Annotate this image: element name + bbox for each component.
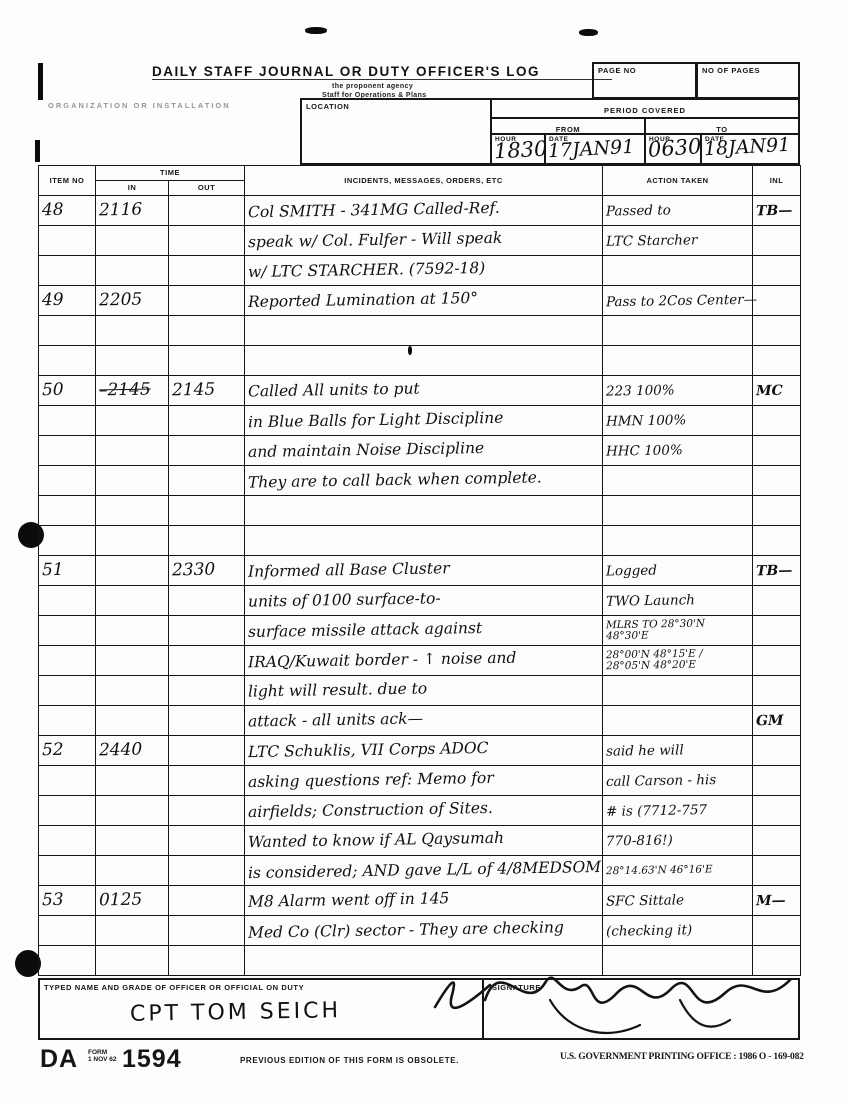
log-row: and maintain Noise DisciplineHHC 100% bbox=[39, 436, 801, 466]
item-no-cell-text: 52 bbox=[42, 741, 64, 758]
organization-label: ORGANIZATION OR INSTALLATION bbox=[48, 101, 298, 110]
time-in-cell bbox=[96, 256, 169, 286]
action-cell-text: HMN 100% bbox=[606, 414, 687, 429]
initials-cell: TB— bbox=[753, 196, 801, 226]
time-out-cell bbox=[169, 286, 245, 316]
scanned-da-form-1594: DAILY STAFF JOURNAL OR DUTY OFFICER'S LO… bbox=[0, 0, 850, 1105]
initials-cell bbox=[753, 256, 801, 286]
initials-cell bbox=[753, 676, 801, 706]
item-no-cell-text: 48 bbox=[42, 201, 64, 218]
time-out-cell bbox=[169, 316, 245, 346]
time-in-cell bbox=[96, 616, 169, 646]
from-hour-value: 1830 bbox=[493, 139, 547, 163]
time-out-cell bbox=[169, 946, 245, 976]
log-row: 512330Informed all Base ClusterLoggedTB— bbox=[39, 556, 801, 586]
time-out-cell bbox=[169, 586, 245, 616]
log-table: ITEM NO TIME INCIDENTS, MESSAGES, ORDERS… bbox=[38, 165, 801, 976]
item-no-cell bbox=[39, 526, 96, 556]
incident-cell-text: Reported Lumination at 150° bbox=[248, 290, 478, 310]
header-action-taken: ACTION TAKEN bbox=[603, 166, 753, 196]
time-out-cell bbox=[169, 886, 245, 916]
action-cell-text: 28°00'N 48°15'E / 28°05'N 48°20'E bbox=[606, 648, 749, 673]
action-cell bbox=[603, 496, 753, 526]
log-row bbox=[39, 526, 801, 556]
incident-cell: Informed all Base Cluster bbox=[245, 556, 603, 586]
action-cell: 223 100% bbox=[603, 376, 753, 406]
typed-name-label: TYPED NAME AND GRADE OF OFFICER OR OFFIC… bbox=[44, 983, 304, 992]
item-no-cell-text: 50 bbox=[42, 381, 64, 398]
action-cell: SFC Sittale bbox=[603, 886, 753, 916]
header-time: TIME bbox=[96, 166, 245, 181]
time-in-cell bbox=[96, 226, 169, 256]
initials-cell bbox=[753, 616, 801, 646]
time-in-cell: 0125 bbox=[96, 886, 169, 916]
incident-cell: and maintain Noise Discipline bbox=[245, 436, 603, 466]
incident-cell-text: asking questions ref: Memo for bbox=[248, 770, 494, 790]
log-row: IRAQ/Kuwait border - ↑ noise and28°00'N … bbox=[39, 646, 801, 676]
incident-cell-text: units of 0100 surface-to- bbox=[248, 591, 441, 610]
incident-cell bbox=[245, 526, 603, 556]
incident-cell: w/ LTC STARCHER. (7592-18) bbox=[245, 256, 603, 286]
form-word: FORM 1 NOV 62 bbox=[88, 1049, 117, 1063]
time-in-cell-text: 2440 bbox=[99, 741, 143, 759]
incident-cell: asking questions ref: Memo for bbox=[245, 766, 603, 796]
log-row: speak w/ Col. Fulfer - Will speakLTC Sta… bbox=[39, 226, 801, 256]
time-in-cell bbox=[96, 676, 169, 706]
log-row: surface missile attack againstMLRS TO 28… bbox=[39, 616, 801, 646]
action-cell: 770-816!) bbox=[603, 826, 753, 856]
item-no-cell bbox=[39, 766, 96, 796]
action-cell: (checking it) bbox=[603, 916, 753, 946]
item-no-cell: 53 bbox=[39, 886, 96, 916]
time-in-cell bbox=[96, 706, 169, 736]
item-no-cell bbox=[39, 496, 96, 526]
incident-cell: airfields; Construction of Sites. bbox=[245, 796, 603, 826]
form-word-text: FORM bbox=[88, 1049, 107, 1056]
action-cell bbox=[603, 706, 753, 736]
action-cell bbox=[603, 466, 753, 496]
incident-cell: Reported Lumination at 150° bbox=[245, 286, 603, 316]
action-cell-text: Pass to 2Cos Center— bbox=[606, 293, 757, 309]
incident-cell bbox=[245, 346, 603, 376]
time-out-cell bbox=[169, 826, 245, 856]
header-item-no: ITEM NO bbox=[39, 166, 96, 196]
log-row: Med Co (Clr) sector - They are checking(… bbox=[39, 916, 801, 946]
item-no-cell bbox=[39, 436, 96, 466]
log-row: is considered; AND gave L/L of 4/8MEDSOM… bbox=[39, 856, 801, 886]
item-no-cell bbox=[39, 826, 96, 856]
action-cell-text: SFC Sittale bbox=[606, 894, 684, 909]
item-no-cell bbox=[39, 616, 96, 646]
log-row: 482116Col SMITH - 341MG Called-Ref.Passe… bbox=[39, 196, 801, 226]
period-covered-label: PERIOD COVERED bbox=[604, 106, 686, 115]
incident-cell-text: They are to call back when complete. bbox=[248, 470, 542, 491]
item-no-cell bbox=[39, 406, 96, 436]
action-cell bbox=[603, 526, 753, 556]
log-row: in Blue Balls for Light DisciplineHMN 10… bbox=[39, 406, 801, 436]
action-cell bbox=[603, 676, 753, 706]
typed-name-value: CPT TOM SEICH bbox=[130, 1000, 341, 1026]
action-cell bbox=[603, 316, 753, 346]
incident-cell bbox=[245, 496, 603, 526]
time-out-cell bbox=[169, 766, 245, 796]
initials-cell: TB— bbox=[753, 556, 801, 586]
action-cell-text: # is (7712-757 bbox=[606, 804, 707, 819]
action-cell: 28°14.63'N 46°16'E bbox=[603, 856, 753, 886]
obsolete-note: PREVIOUS EDITION OF THIS FORM IS OBSOLET… bbox=[240, 1056, 459, 1065]
action-cell-text: Logged bbox=[606, 564, 657, 578]
time-in-cell-text: 0125 bbox=[99, 891, 143, 909]
action-cell: call Carson - his bbox=[603, 766, 753, 796]
log-row: 522440LTC Schuklis, VII Corps ADOCsaid h… bbox=[39, 736, 801, 766]
initials-cell bbox=[753, 646, 801, 676]
item-no-cell bbox=[39, 256, 96, 286]
time-in-cell bbox=[96, 496, 169, 526]
incident-cell-text: M8 Alarm went off in 145 bbox=[248, 891, 450, 910]
time-out-cell bbox=[169, 706, 245, 736]
incident-cell: They are to call back when complete. bbox=[245, 466, 603, 496]
initials-cell bbox=[753, 766, 801, 796]
item-no-cell bbox=[39, 706, 96, 736]
action-cell-text: TWO Launch bbox=[606, 594, 695, 609]
initials-cell-text: M— bbox=[756, 893, 786, 908]
time-out-cell bbox=[169, 436, 245, 466]
action-cell-text: said he will bbox=[606, 744, 684, 759]
time-in-cell bbox=[96, 556, 169, 586]
page-no-label: PAGE NO bbox=[598, 66, 636, 75]
log-row: Wanted to know if AL Qaysumah770-816!) bbox=[39, 826, 801, 856]
action-cell-text: 223 100% bbox=[606, 384, 675, 399]
time-out-cell: 2145 bbox=[169, 376, 245, 406]
incident-cell-text: airfields; Construction of Sites. bbox=[248, 800, 493, 820]
incident-cell-text: Called All units to put bbox=[248, 381, 420, 399]
time-out-cell bbox=[169, 346, 245, 376]
log-row bbox=[39, 316, 801, 346]
item-no-cell: 48 bbox=[39, 196, 96, 226]
action-cell: HMN 100% bbox=[603, 406, 753, 436]
initials-cell: M— bbox=[753, 886, 801, 916]
log-row: w/ LTC STARCHER. (7592-18) bbox=[39, 256, 801, 286]
incident-cell: Col SMITH - 341MG Called-Ref. bbox=[245, 196, 603, 226]
time-out-cell-text: 2145 bbox=[172, 381, 216, 399]
action-cell-text: MLRS TO 28°30'N 48°30'E bbox=[606, 618, 749, 643]
initials-cell bbox=[753, 526, 801, 556]
time-out-cell bbox=[169, 676, 245, 706]
incident-cell: M8 Alarm went off in 145 bbox=[245, 886, 603, 916]
action-cell bbox=[603, 346, 753, 376]
action-cell bbox=[603, 256, 753, 286]
log-row: units of 0100 surface-to-TWO Launch bbox=[39, 586, 801, 616]
incident-cell: Called All units to put bbox=[245, 376, 603, 406]
initials-cell-text: GM bbox=[756, 713, 784, 727]
time-in-cell bbox=[96, 436, 169, 466]
time-in-cell bbox=[96, 586, 169, 616]
time-in-cell bbox=[96, 946, 169, 976]
item-no-cell bbox=[39, 226, 96, 256]
incident-cell: light will result. due to bbox=[245, 676, 603, 706]
time-in-cell bbox=[96, 856, 169, 886]
location-label: LOCATION bbox=[306, 102, 349, 111]
action-cell: # is (7712-757 bbox=[603, 796, 753, 826]
time-in-cell-text: 2145 bbox=[99, 381, 151, 399]
item-no-cell bbox=[39, 316, 96, 346]
time-out-cell bbox=[169, 526, 245, 556]
header-incidents: INCIDENTS, MESSAGES, ORDERS, ETC bbox=[245, 166, 603, 196]
gpo-note: U.S. GOVERNMENT PRINTING OFFICE : 1986 O… bbox=[560, 1052, 804, 1062]
initials-cell-text: TB— bbox=[756, 203, 793, 218]
scan-artifact bbox=[579, 29, 598, 36]
incident-cell: Wanted to know if AL Qaysumah bbox=[245, 826, 603, 856]
log-row bbox=[39, 346, 801, 376]
action-cell: MLRS TO 28°30'N 48°30'E bbox=[603, 616, 753, 646]
scan-artifact bbox=[305, 27, 327, 34]
item-no-cell: 51 bbox=[39, 556, 96, 586]
log-row bbox=[39, 496, 801, 526]
incident-cell-text: Med Co (Clr) sector - They are checking bbox=[248, 920, 564, 941]
initials-cell bbox=[753, 466, 801, 496]
initials-cell bbox=[753, 826, 801, 856]
time-out-cell bbox=[169, 916, 245, 946]
time-out-cell bbox=[169, 496, 245, 526]
time-in-cell-text: 2205 bbox=[99, 291, 143, 309]
initials-cell: GM bbox=[753, 706, 801, 736]
time-in-cell bbox=[96, 796, 169, 826]
action-cell-text: Passed to bbox=[606, 204, 671, 219]
time-in-cell: 2205 bbox=[96, 286, 169, 316]
item-no-cell: 50 bbox=[39, 376, 96, 406]
incident-cell-text: Informed all Base Cluster bbox=[248, 561, 450, 580]
time-in-cell: 2440 bbox=[96, 736, 169, 766]
incident-cell: in Blue Balls for Light Discipline bbox=[245, 406, 603, 436]
log-row: light will result. due to bbox=[39, 676, 801, 706]
initials-cell bbox=[753, 286, 801, 316]
log-row: 5021452145Called All units to put223 100… bbox=[39, 376, 801, 406]
initials-cell bbox=[753, 796, 801, 826]
time-out-cell bbox=[169, 856, 245, 886]
action-cell: Passed to bbox=[603, 196, 753, 226]
action-cell: TWO Launch bbox=[603, 586, 753, 616]
incident-cell: attack - all units ack— bbox=[245, 706, 603, 736]
time-in-cell bbox=[96, 826, 169, 856]
item-no-cell bbox=[39, 466, 96, 496]
initials-cell bbox=[753, 406, 801, 436]
incident-cell bbox=[245, 316, 603, 346]
initials-cell bbox=[753, 226, 801, 256]
form-date-text: 1 NOV 62 bbox=[88, 1056, 117, 1063]
initials-cell bbox=[753, 856, 801, 886]
item-no-cell bbox=[39, 346, 96, 376]
header-inl: INL bbox=[753, 166, 801, 196]
action-cell: 28°00'N 48°15'E / 28°05'N 48°20'E bbox=[603, 646, 753, 676]
scan-artifact bbox=[38, 63, 43, 100]
action-cell-text: 770-816!) bbox=[606, 834, 673, 849]
action-cell-text: LTC Starcher bbox=[606, 234, 698, 249]
initials-cell bbox=[753, 736, 801, 766]
time-in-cell bbox=[96, 526, 169, 556]
time-out-cell bbox=[169, 646, 245, 676]
time-in-cell bbox=[96, 916, 169, 946]
incident-cell-text: LTC Schuklis, VII Corps ADOC bbox=[248, 740, 489, 760]
no-of-pages-label: NO OF PAGES bbox=[702, 66, 760, 75]
to-date-value: 18JAN91 bbox=[704, 136, 791, 159]
item-no-cell bbox=[39, 946, 96, 976]
action-cell: Pass to 2Cos Center— bbox=[603, 286, 753, 316]
item-no-cell bbox=[39, 676, 96, 706]
signature-scribble bbox=[430, 945, 800, 1055]
incident-cell-text: speak w/ Col. Fulfer - Will speak bbox=[248, 230, 503, 250]
time-out-cell bbox=[169, 256, 245, 286]
action-cell: HHC 100% bbox=[603, 436, 753, 466]
time-out-cell bbox=[169, 736, 245, 766]
form-da: DA bbox=[40, 1045, 78, 1074]
log-row: 530125M8 Alarm went off in 145SFC Sittal… bbox=[39, 886, 801, 916]
incident-cell-text: surface missile attack against bbox=[248, 620, 482, 640]
initials-cell bbox=[753, 916, 801, 946]
log-row: asking questions ref: Memo forcall Carso… bbox=[39, 766, 801, 796]
incident-cell-text: light will result. due to bbox=[248, 681, 427, 700]
incident-cell: is considered; AND gave L/L of 4/8MEDSOM bbox=[245, 856, 603, 886]
log-row: 492205Reported Lumination at 150°Pass to… bbox=[39, 286, 801, 316]
action-cell: Logged bbox=[603, 556, 753, 586]
action-cell-text: (checking it) bbox=[606, 924, 692, 939]
location-box: LOCATION bbox=[300, 98, 492, 165]
incident-cell-text: attack - all units ack— bbox=[248, 711, 423, 730]
item-no-cell bbox=[39, 646, 96, 676]
action-cell-text: call Carson - his bbox=[606, 774, 716, 789]
time-out-cell: 2330 bbox=[169, 556, 245, 586]
from-date-value: 17JAN91 bbox=[548, 138, 635, 161]
item-no-cell-text: 51 bbox=[42, 561, 64, 578]
item-no-cell: 52 bbox=[39, 736, 96, 766]
incident-cell: units of 0100 surface-to- bbox=[245, 586, 603, 616]
form-title: DAILY STAFF JOURNAL OR DUTY OFFICER'S LO… bbox=[152, 64, 612, 80]
header-time-in: IN bbox=[96, 181, 169, 196]
time-out-cell bbox=[169, 406, 245, 436]
incident-cell-text: Wanted to know if AL Qaysumah bbox=[248, 830, 504, 850]
incident-cell-text: IRAQ/Kuwait border - ↑ noise and bbox=[248, 650, 517, 670]
log-row: attack - all units ack—GM bbox=[39, 706, 801, 736]
header-time-out: OUT bbox=[169, 181, 245, 196]
initials-cell-text: TB— bbox=[756, 563, 793, 578]
incident-cell-text: is considered; AND gave L/L of 4/8MEDSOM bbox=[248, 859, 601, 881]
time-in-cell bbox=[96, 316, 169, 346]
time-in-cell: 2116 bbox=[96, 196, 169, 226]
incident-cell-text: in Blue Balls for Light Discipline bbox=[248, 410, 504, 430]
incident-cell: LTC Schuklis, VII Corps ADOC bbox=[245, 736, 603, 766]
initials-cell bbox=[753, 496, 801, 526]
action-cell-text: 28°14.63'N 46°16'E bbox=[606, 864, 749, 878]
log-row: airfields; Construction of Sites.# is (7… bbox=[39, 796, 801, 826]
item-no-cell bbox=[39, 796, 96, 826]
time-in-cell bbox=[96, 346, 169, 376]
initials-cell bbox=[753, 436, 801, 466]
time-in-cell: 2145 bbox=[96, 376, 169, 406]
time-out-cell bbox=[169, 226, 245, 256]
item-no-cell-text: 53 bbox=[42, 891, 64, 908]
initials-cell-text: MC bbox=[756, 383, 783, 397]
time-out-cell bbox=[169, 616, 245, 646]
incident-cell: speak w/ Col. Fulfer - Will speak bbox=[245, 226, 603, 256]
incident-cell-text: Col SMITH - 341MG Called-Ref. bbox=[248, 200, 500, 220]
time-out-cell bbox=[169, 796, 245, 826]
incident-cell-text: w/ LTC STARCHER. (7592-18) bbox=[248, 260, 486, 280]
page-no-box: PAGE NO bbox=[592, 62, 697, 99]
action-cell-text: HHC 100% bbox=[606, 444, 683, 459]
incident-cell-text: and maintain Noise Discipline bbox=[248, 440, 484, 460]
time-out-cell-text: 2330 bbox=[172, 561, 216, 579]
form-number: 1594 bbox=[122, 1045, 182, 1074]
time-in-cell bbox=[96, 766, 169, 796]
time-in-cell bbox=[96, 406, 169, 436]
initials-cell: MC bbox=[753, 376, 801, 406]
initials-cell bbox=[753, 316, 801, 346]
item-no-cell bbox=[39, 856, 96, 886]
scan-artifact bbox=[35, 140, 40, 162]
initials-cell bbox=[753, 586, 801, 616]
incident-cell: IRAQ/Kuwait border - ↑ noise and bbox=[245, 646, 603, 676]
form-subtitle-1: the proponent agency bbox=[332, 83, 413, 90]
time-in-cell bbox=[96, 646, 169, 676]
log-row: They are to call back when complete. bbox=[39, 466, 801, 496]
time-in-cell-text: 2116 bbox=[99, 201, 143, 219]
item-no-cell bbox=[39, 916, 96, 946]
incident-cell: surface missile attack against bbox=[245, 616, 603, 646]
period-covered-box: PERIOD COVERED bbox=[490, 98, 800, 119]
item-no-cell bbox=[39, 586, 96, 616]
item-no-cell-text: 49 bbox=[42, 291, 64, 308]
no-of-pages-box: NO OF PAGES bbox=[696, 62, 800, 99]
item-no-cell: 49 bbox=[39, 286, 96, 316]
action-cell: LTC Starcher bbox=[603, 226, 753, 256]
initials-cell bbox=[753, 346, 801, 376]
time-out-cell bbox=[169, 466, 245, 496]
time-out-cell bbox=[169, 196, 245, 226]
to-hour-value: 0630 bbox=[647, 136, 702, 161]
incident-cell: Med Co (Clr) sector - They are checking bbox=[245, 916, 603, 946]
action-cell: said he will bbox=[603, 736, 753, 766]
time-in-cell bbox=[96, 466, 169, 496]
